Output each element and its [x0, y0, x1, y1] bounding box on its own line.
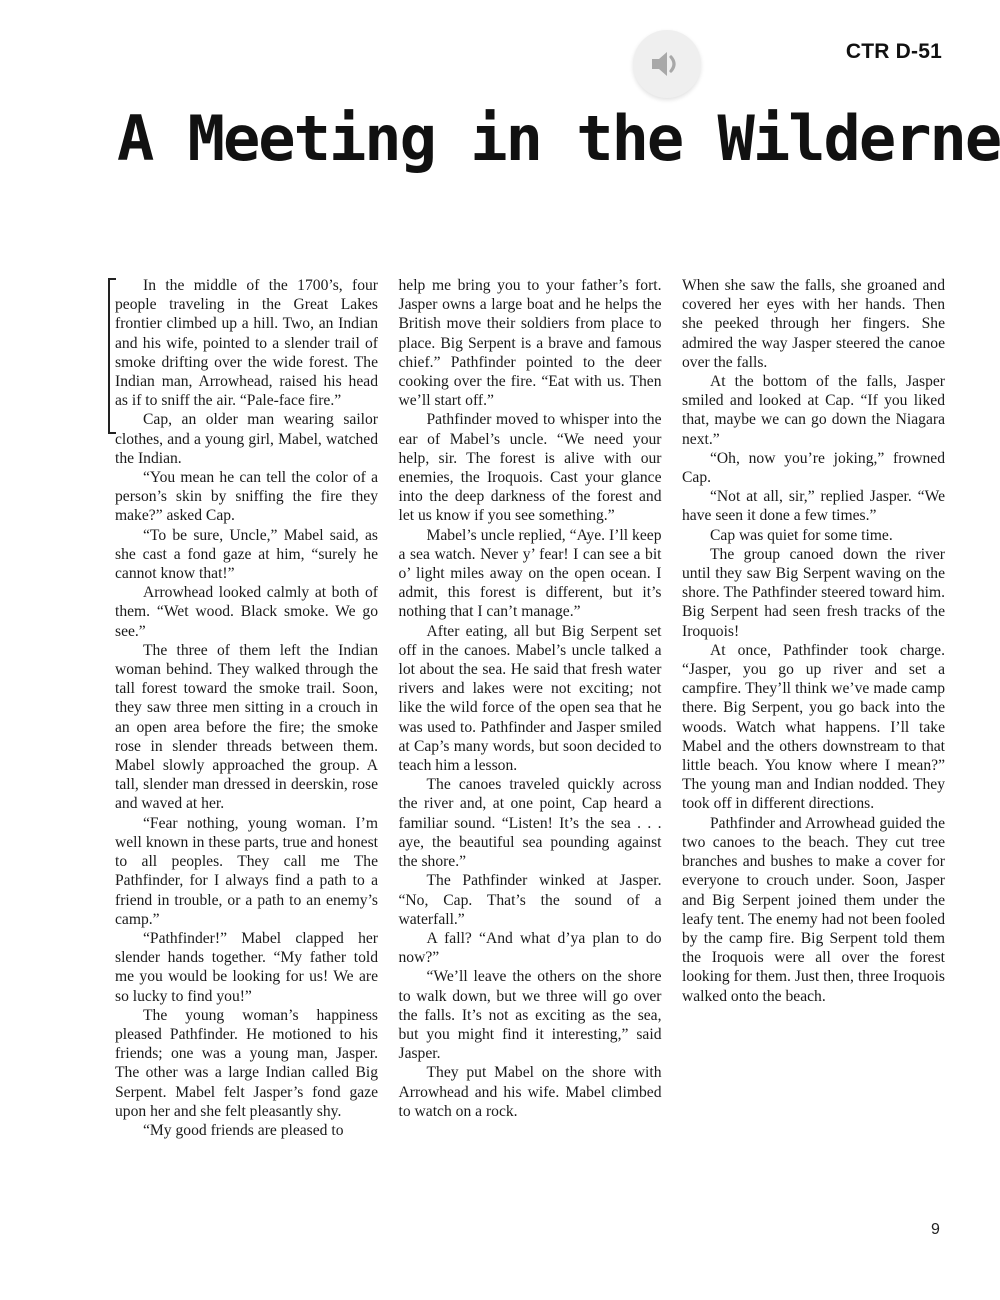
paragraph: They put Mabel on the shore with Arrowhe… — [399, 1063, 662, 1121]
paragraph: At once, Pathfinder took charge. “Jasper… — [682, 641, 945, 814]
column-3: When she saw the falls, she groaned and … — [682, 276, 945, 1140]
document-code: CTR D-51 — [846, 40, 942, 64]
paragraph: A fall? “And what d’ya plan to do now?” — [399, 929, 662, 967]
page-number: 9 — [931, 1221, 940, 1239]
paragraph: “We’ll leave the others on the shore to … — [399, 967, 662, 1063]
column-2: help me bring you to your father’s fort.… — [399, 276, 662, 1140]
paragraph: “Oh, now you’re joking,” frowned Cap. — [682, 449, 945, 487]
column-1: In the middle of the 1700’s, four people… — [115, 276, 378, 1140]
paragraph: In the middle of the 1700’s, four people… — [115, 276, 378, 410]
paragraph: Pathfinder and Arrowhead guided the two … — [682, 814, 945, 1006]
paragraph: At the bottom of the falls, Jasper smile… — [682, 372, 945, 449]
paragraph: After eating, all but Big Serpent set of… — [399, 622, 662, 776]
paragraph: “You mean he can tell the color of a per… — [115, 468, 378, 526]
paragraph-continued: When she saw the falls, she groaned and … — [682, 276, 945, 372]
paragraph: The Pathfinder winked at Jasper. “No, Ca… — [399, 871, 662, 929]
paragraph: The canoes traveled quickly across the r… — [399, 775, 662, 871]
paragraph: “To be sure, Uncle,” Mabel said, as she … — [115, 526, 378, 584]
paragraph: “My good friends are pleased to — [115, 1121, 378, 1140]
paragraph: “Fear nothing, young woman. I’m well kno… — [115, 814, 378, 929]
paragraph: The group canoed down the river until th… — [682, 545, 945, 641]
paragraph: The three of them left the Indian woman … — [115, 641, 378, 814]
paragraph: “Pathfinder!” Mabel clapped her slender … — [115, 929, 378, 1006]
article-body: In the middle of the 1700’s, four people… — [115, 276, 945, 1140]
paragraph: Cap, an older man wearing sailor clothes… — [115, 410, 378, 468]
paragraph: Arrowhead looked calmly at both of them.… — [115, 583, 378, 641]
paragraph: Cap was quiet for some time. — [682, 526, 945, 545]
paragraph: Mabel’s uncle replied, “Aye. I’ll keep a… — [399, 526, 662, 622]
paragraph: The young woman’s happiness pleased Path… — [115, 1006, 378, 1121]
audio-play-button[interactable] — [633, 30, 701, 98]
speaker-icon — [650, 49, 684, 79]
paragraph: Pathfinder moved to whisper into the ear… — [399, 410, 662, 525]
page-title: A Meeting in the Wilderness — [117, 102, 1000, 175]
paragraph: “Not at all, sir,” replied Jasper. “We h… — [682, 487, 945, 525]
paragraph-continued: help me bring you to your father’s fort.… — [399, 276, 662, 410]
